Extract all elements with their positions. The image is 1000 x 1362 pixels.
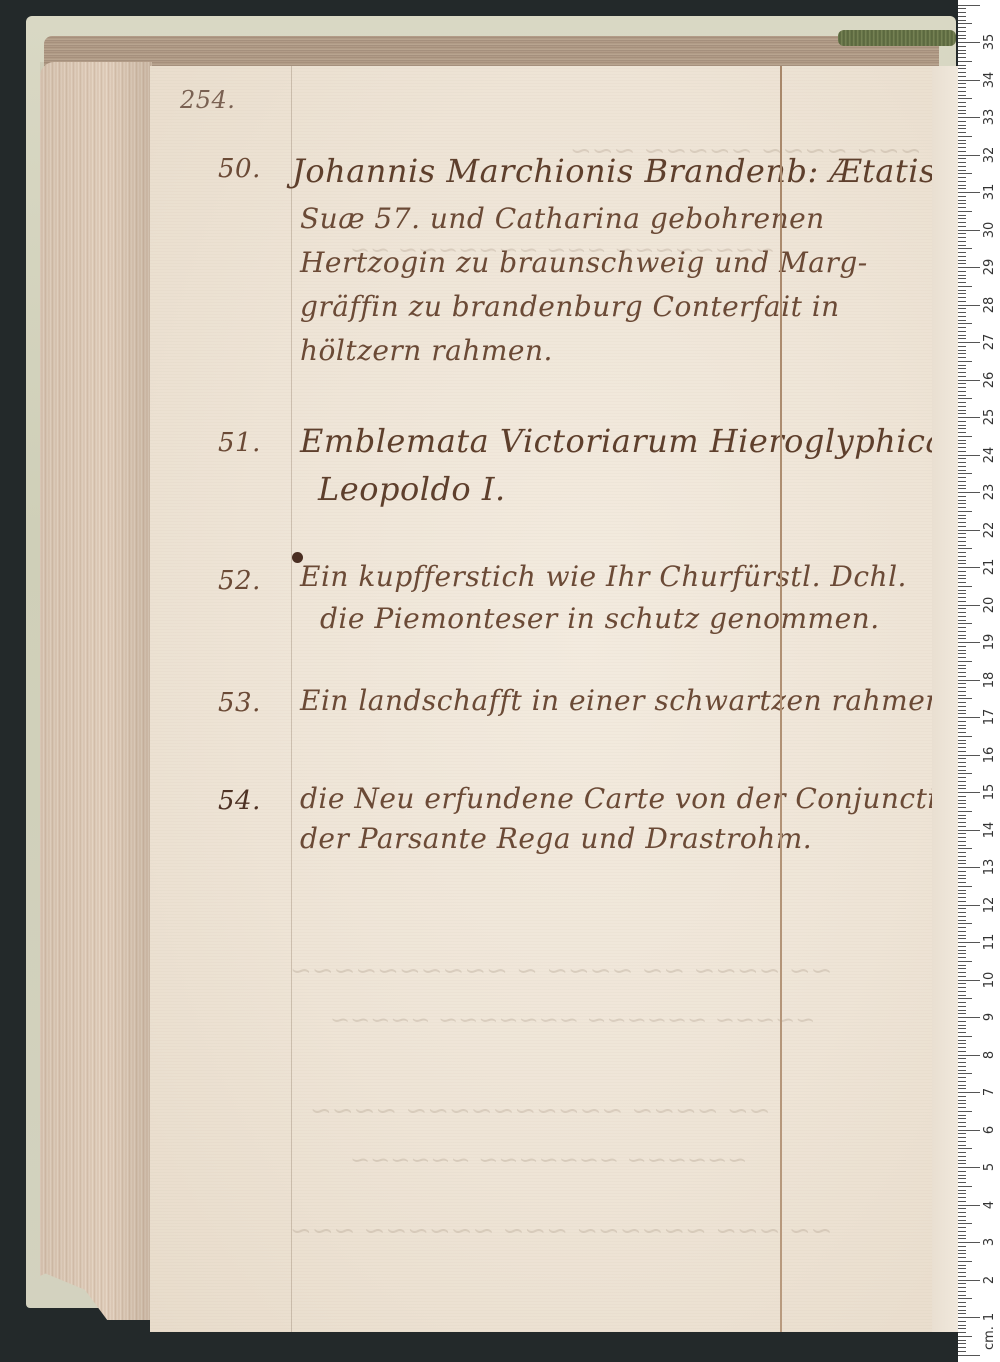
ruler-tick — [958, 1073, 972, 1074]
ruler-tick — [958, 1268, 966, 1269]
ruler-tick — [958, 751, 966, 752]
ruler-tick — [958, 87, 966, 88]
ruler-label: 33 — [980, 107, 1000, 127]
ruler-tick — [958, 323, 972, 324]
ruler-tick — [958, 687, 966, 688]
ruler-tick — [958, 1291, 966, 1292]
ruler-tick — [958, 301, 966, 302]
ruler-label: 14 — [980, 820, 1000, 840]
ruler-tick — [958, 1103, 966, 1104]
ruler-tick — [958, 1351, 966, 1352]
ruler-tick — [958, 1235, 966, 1236]
ruler-tick — [958, 826, 966, 827]
ruler-tick — [958, 1017, 980, 1018]
ruler-tick — [958, 578, 966, 579]
ruler-tick — [958, 556, 966, 557]
ruler-tick — [958, 5, 980, 6]
ruler-tick — [958, 1208, 966, 1209]
ruler-tick — [958, 196, 966, 197]
ruler-tick — [958, 155, 980, 156]
ruler-tick — [958, 965, 966, 966]
ruler-tick — [958, 68, 966, 69]
ruler-tick — [958, 533, 966, 534]
ruler-tick — [958, 170, 966, 171]
ruler-tick — [958, 597, 966, 598]
ruler-tick — [958, 695, 966, 696]
ruler-tick — [958, 822, 966, 823]
ruler-tick — [958, 931, 966, 932]
ruler-tick — [958, 717, 980, 718]
ruler-tick — [958, 807, 966, 808]
ruler-tick — [958, 402, 966, 403]
entry-number: 51. — [218, 428, 261, 458]
ruler-label: 1 — [980, 1307, 1000, 1327]
ruler-tick — [958, 136, 972, 137]
ruler-tick — [958, 473, 972, 474]
ruler-tick — [958, 65, 966, 66]
ruler-tick — [958, 871, 966, 872]
ruler-tick — [958, 548, 972, 549]
ruler-tick — [958, 470, 966, 471]
ruler-tick — [958, 1223, 972, 1224]
ruler-tick — [958, 856, 966, 857]
ruler-tick — [958, 560, 966, 561]
ruler-tick — [958, 661, 972, 662]
ruler-tick — [958, 946, 966, 947]
ruler-tick — [958, 395, 966, 396]
ruler-tick — [958, 492, 980, 493]
ruler-tick — [958, 935, 966, 936]
ruler-label: 15 — [980, 782, 1000, 802]
ruler-tick — [958, 518, 966, 519]
margin-rule — [291, 66, 292, 1332]
measurement-ruler: 1234567891011121314151617181920212223242… — [958, 0, 1000, 1362]
ruler-tick — [958, 668, 966, 669]
ruler-tick — [958, 1306, 966, 1307]
ruler-tick — [958, 102, 966, 103]
ruler-tick — [958, 998, 972, 999]
ruler-label: 13 — [980, 857, 1000, 877]
ruler-tick — [958, 432, 966, 433]
ruler-tick — [958, 72, 966, 73]
ruler-label: 3 — [980, 1232, 1000, 1252]
ruler-tick — [958, 1152, 966, 1153]
ruler-tick — [958, 76, 966, 77]
ruler-tick — [958, 815, 966, 816]
ruler-label: 20 — [980, 595, 1000, 615]
ruler-tick — [958, 927, 966, 928]
ruler-tick — [958, 455, 980, 456]
ruler-tick — [958, 113, 966, 114]
ruler-label: 17 — [980, 707, 1000, 727]
ruler-tick — [958, 710, 966, 711]
ruler-tick — [958, 1032, 966, 1033]
ruler-tick — [958, 515, 966, 516]
ruler-tick — [958, 657, 966, 658]
ruler-tick — [958, 1227, 966, 1228]
ruler-tick — [958, 837, 966, 838]
ruler-label: 16 — [980, 745, 1000, 765]
ruler-tick — [958, 890, 966, 891]
ruler-tick — [958, 721, 966, 722]
ruler-tick — [958, 747, 966, 748]
ruler-tick — [958, 830, 980, 831]
ruler-tick — [958, 1133, 966, 1134]
ruler-tick — [958, 1118, 966, 1119]
ruler-tick — [958, 680, 980, 681]
entry-number: 52. — [218, 566, 261, 596]
ruler-tick — [958, 586, 972, 587]
ruler-tick — [958, 773, 972, 774]
ruler-tick — [958, 863, 966, 864]
ruler-unit-label: cm. — [980, 1330, 1000, 1350]
ruler-tick — [958, 387, 966, 388]
ruler-tick — [958, 1190, 966, 1191]
ruler-tick — [958, 406, 966, 407]
ruler-tick — [958, 20, 966, 21]
ruler-tick — [958, 875, 966, 876]
entry-line: Suæ 57. und Catharina gebohrenen — [300, 202, 825, 235]
ruler-tick — [958, 140, 966, 141]
ruler-tick — [958, 646, 966, 647]
ruler-tick — [958, 953, 966, 954]
ruler-tick — [958, 942, 980, 943]
ruler-tick — [958, 278, 966, 279]
ruler-tick — [958, 496, 966, 497]
bleed-through-text: ~~~~~~ ~~~~~~~ ~~~~~~ — [350, 1146, 747, 1174]
ruler-tick — [958, 1010, 966, 1011]
ruler-tick — [958, 80, 980, 81]
ruler-tick — [958, 762, 966, 763]
ruler-tick — [958, 267, 980, 268]
ruler-tick — [958, 421, 966, 422]
ruler-tick — [958, 676, 966, 677]
ruler-tick — [958, 950, 966, 951]
ruler-label: 32 — [980, 145, 1000, 165]
ruler-tick — [958, 1130, 980, 1131]
ruler-tick — [958, 282, 966, 283]
ruler-tick — [958, 290, 966, 291]
ruler-tick — [958, 653, 966, 654]
ruler-tick — [958, 1347, 966, 1348]
ruler-tick — [958, 841, 966, 842]
ruler-tick — [958, 702, 966, 703]
ruler-tick — [958, 976, 966, 977]
ruler-tick — [958, 867, 980, 868]
ruler-tick — [958, 961, 972, 962]
ruler-tick — [958, 526, 966, 527]
ruler-tick — [958, 901, 966, 902]
ruler-label: 22 — [980, 520, 1000, 540]
ruler-tick — [958, 1081, 966, 1082]
ruler-tick — [958, 800, 966, 801]
ruler-tick — [958, 582, 966, 583]
ruler-tick — [958, 241, 966, 242]
ruler-tick — [958, 1058, 966, 1059]
ruler-tick — [958, 1332, 966, 1333]
entry-number: 54. — [218, 786, 261, 816]
ruler-tick — [958, 1212, 966, 1213]
ruler-tick — [958, 725, 966, 726]
ruler-tick — [958, 1036, 972, 1037]
ruler-tick — [958, 1186, 972, 1187]
ruler-tick — [958, 203, 966, 204]
ruler-tick — [958, 1021, 966, 1022]
ruler-tick — [958, 158, 966, 159]
ruler-label: 18 — [980, 670, 1000, 690]
ruler-tick — [958, 248, 972, 249]
ruler-tick — [958, 792, 980, 793]
ruler-tick — [958, 575, 966, 576]
entry-line: Leopoldo I. — [318, 470, 506, 508]
ruler-tick — [958, 713, 966, 714]
ruler-tick — [958, 631, 966, 632]
green-headband — [838, 30, 956, 46]
ruler-tick — [958, 818, 966, 819]
ruler-label: 4 — [980, 1195, 1000, 1215]
ruler-tick — [958, 151, 966, 152]
ruler-tick — [958, 590, 966, 591]
ruler-tick — [958, 1261, 972, 1262]
ruler-tick — [958, 1122, 966, 1123]
ruler-tick — [958, 488, 966, 489]
ruler-tick — [958, 128, 966, 129]
ruler-tick — [958, 117, 980, 118]
ruler-tick — [958, 635, 966, 636]
ruler-tick — [958, 417, 980, 418]
ruler-tick — [958, 811, 972, 812]
ruler-tick — [958, 995, 966, 996]
ruler-tick — [958, 1040, 966, 1041]
ruler-tick — [958, 1193, 966, 1194]
ruler-tick — [958, 312, 966, 313]
ruler-tick — [958, 781, 966, 782]
ruler-tick — [958, 1070, 966, 1071]
ruler-tick — [958, 1156, 966, 1157]
ruler-tick — [958, 1317, 980, 1318]
page-number: 254. — [180, 86, 235, 114]
ruler-tick — [958, 882, 966, 883]
ruler-tick — [958, 440, 966, 441]
ruler-tick — [958, 1178, 966, 1179]
ruler-tick — [958, 1047, 966, 1048]
ruler-tick — [958, 736, 972, 737]
ruler-tick — [958, 1148, 972, 1149]
ruler-tick — [958, 376, 966, 377]
manuscript-page: ~~~ ~~~~ ~~~~~ ~~~ ~~~~~~~~ ~~~ ~~~~~~~ … — [150, 66, 940, 1332]
ruler-label: 28 — [980, 295, 1000, 315]
ruler-tick — [958, 500, 966, 501]
ruler-tick — [958, 938, 966, 939]
ruler-tick — [958, 593, 966, 594]
ruler-tick — [958, 1328, 966, 1329]
entry-line: Ein kupfferstich wie Ihr Churfürstl. Dch… — [300, 560, 907, 593]
ruler-tick — [958, 530, 980, 531]
ruler-tick — [958, 755, 980, 756]
ruler-label: 23 — [980, 482, 1000, 502]
ruler-tick — [958, 380, 980, 381]
ruler-label: 8 — [980, 1045, 1000, 1065]
ruler-label: 7 — [980, 1082, 1000, 1102]
ruler-tick — [958, 1246, 966, 1247]
ruler-tick — [958, 1171, 966, 1172]
ruler-tick — [958, 263, 966, 264]
page-gutter-fold — [780, 66, 782, 1332]
ruler-tick — [958, 905, 980, 906]
ruler-tick — [958, 1302, 966, 1303]
ruler-tick — [958, 728, 966, 729]
ruler-tick — [958, 740, 966, 741]
ruler-tick — [958, 848, 972, 849]
ruler-tick — [958, 567, 980, 568]
ruler-tick — [958, 177, 966, 178]
ruler-tick — [958, 42, 980, 43]
ruler-tick — [958, 331, 966, 332]
ruler-label: 31 — [980, 182, 1000, 202]
ruler-tick — [958, 1205, 980, 1206]
ruler-tick — [958, 1197, 966, 1198]
ruler-tick — [958, 61, 972, 62]
ruler-tick — [958, 477, 966, 478]
ruler-tick — [958, 481, 966, 482]
ruler-tick — [958, 1115, 966, 1116]
ruler-tick — [958, 1340, 966, 1341]
ruler-tick — [958, 365, 966, 366]
ruler-tick — [958, 886, 972, 887]
entry-line: die Neu erfundene Carte von der Conjunct… — [300, 782, 973, 815]
ruler-label: 34 — [980, 70, 1000, 90]
ruler-tick — [958, 1051, 966, 1052]
ruler-tick — [958, 46, 966, 47]
ruler-tick — [958, 1253, 966, 1254]
ruler-tick — [958, 507, 966, 508]
ruler-tick — [958, 1295, 966, 1296]
ruler-tick — [958, 413, 966, 414]
ruler-tick — [958, 545, 966, 546]
ruler-tick — [958, 691, 966, 692]
ruler-tick — [958, 233, 966, 234]
ruler-tick — [958, 1096, 966, 1097]
ruler-label: 30 — [980, 220, 1000, 240]
ruler-tick — [958, 683, 966, 684]
ruler-tick — [958, 1272, 966, 1273]
ruler-tick — [958, 320, 966, 321]
ruler-tick — [958, 173, 972, 174]
ruler-tick — [958, 1107, 966, 1108]
bleed-through-text: ~~ ~~~~ ~~ ~~~~ ~ ~~~~~~~~~~ — [290, 956, 832, 986]
ruler-tick — [958, 1250, 966, 1251]
ruler-tick — [958, 338, 966, 339]
entry-line: Ein landschafft in einer schwartzen rahm… — [300, 684, 953, 717]
ruler-tick — [958, 1066, 966, 1067]
ruler-tick — [958, 226, 966, 227]
ruler-tick — [958, 1006, 966, 1007]
ruler-tick — [958, 860, 966, 861]
ruler-tick — [958, 785, 966, 786]
ruler-tick — [958, 1100, 966, 1101]
ruler-tick — [958, 1242, 980, 1243]
ruler-tick — [958, 98, 972, 99]
ruler-tick — [958, 147, 966, 148]
ruler-tick — [958, 1343, 966, 1344]
ruler-tick — [958, 447, 966, 448]
ruler-tick — [958, 916, 966, 917]
book-top-edge — [44, 36, 939, 70]
ruler-tick — [958, 271, 966, 272]
ruler-tick — [958, 1160, 966, 1161]
ruler-tick — [958, 286, 972, 287]
ruler-tick — [958, 361, 972, 362]
ruler-tick — [958, 1182, 966, 1183]
ruler-tick — [958, 1141, 966, 1142]
ruler-tick — [958, 541, 966, 542]
ruler-tick — [958, 552, 966, 553]
ruler-tick — [958, 987, 966, 988]
ruler-tick — [958, 1062, 966, 1063]
ruler-tick — [958, 95, 966, 96]
ruler-label: 2 — [980, 1270, 1000, 1290]
ruler-tick — [958, 91, 966, 92]
ruler-tick — [958, 143, 966, 144]
ruler-tick — [958, 612, 966, 613]
ruler-tick — [958, 293, 966, 294]
bleed-through-text: ~~~~~ ~~~~~~ ~~~~~~~ ~~~~~ — [330, 1006, 815, 1034]
entry-line: gräffin zu brandenburg Conterfait in — [300, 290, 840, 323]
ruler-tick — [958, 121, 966, 122]
ruler-label: 21 — [980, 557, 1000, 577]
entry-number: 53. — [218, 688, 261, 718]
ruler-tick — [958, 1088, 966, 1089]
ruler-tick — [958, 27, 966, 28]
ruler-tick — [958, 162, 966, 163]
ruler-tick — [958, 1175, 966, 1176]
ruler-tick — [958, 342, 980, 343]
ruler-label: 35 — [980, 32, 1000, 52]
ruler-tick — [958, 620, 966, 621]
ruler-tick — [958, 642, 980, 643]
ruler-tick — [958, 796, 966, 797]
ruler-tick — [958, 972, 966, 973]
ruler-tick — [958, 1043, 966, 1044]
ruler-tick — [958, 1298, 972, 1299]
ruler-tick — [958, 308, 966, 309]
ruler-tick — [958, 732, 966, 733]
ruler-tick — [958, 1013, 966, 1014]
ruler-tick — [958, 601, 966, 602]
ruler-tick — [958, 627, 966, 628]
ruler-label: 11 — [980, 932, 1000, 952]
ruler-tick — [958, 383, 966, 384]
ruler-tick — [958, 1265, 966, 1266]
ruler-tick — [958, 923, 972, 924]
ruler-tick — [958, 650, 966, 651]
ruler-tick — [958, 252, 966, 253]
ruler-tick — [958, 1028, 966, 1029]
ruler-tick — [958, 852, 966, 853]
entry-line: höltzern rahmen. — [300, 334, 553, 367]
ruler-tick — [958, 803, 966, 804]
ruler-tick — [958, 305, 980, 306]
ruler-tick — [958, 368, 966, 369]
ruler-tick — [958, 1231, 966, 1232]
bleed-through-text: ~~ ~~~~ ~~~~~~~~~~ ~~~~ — [310, 1096, 771, 1126]
ruler-label: 6 — [980, 1120, 1000, 1140]
ruler-tick — [958, 983, 966, 984]
ruler-tick — [958, 511, 972, 512]
ruler-tick — [958, 706, 966, 707]
ruler-tick — [958, 777, 966, 778]
ruler-tick — [958, 912, 966, 913]
